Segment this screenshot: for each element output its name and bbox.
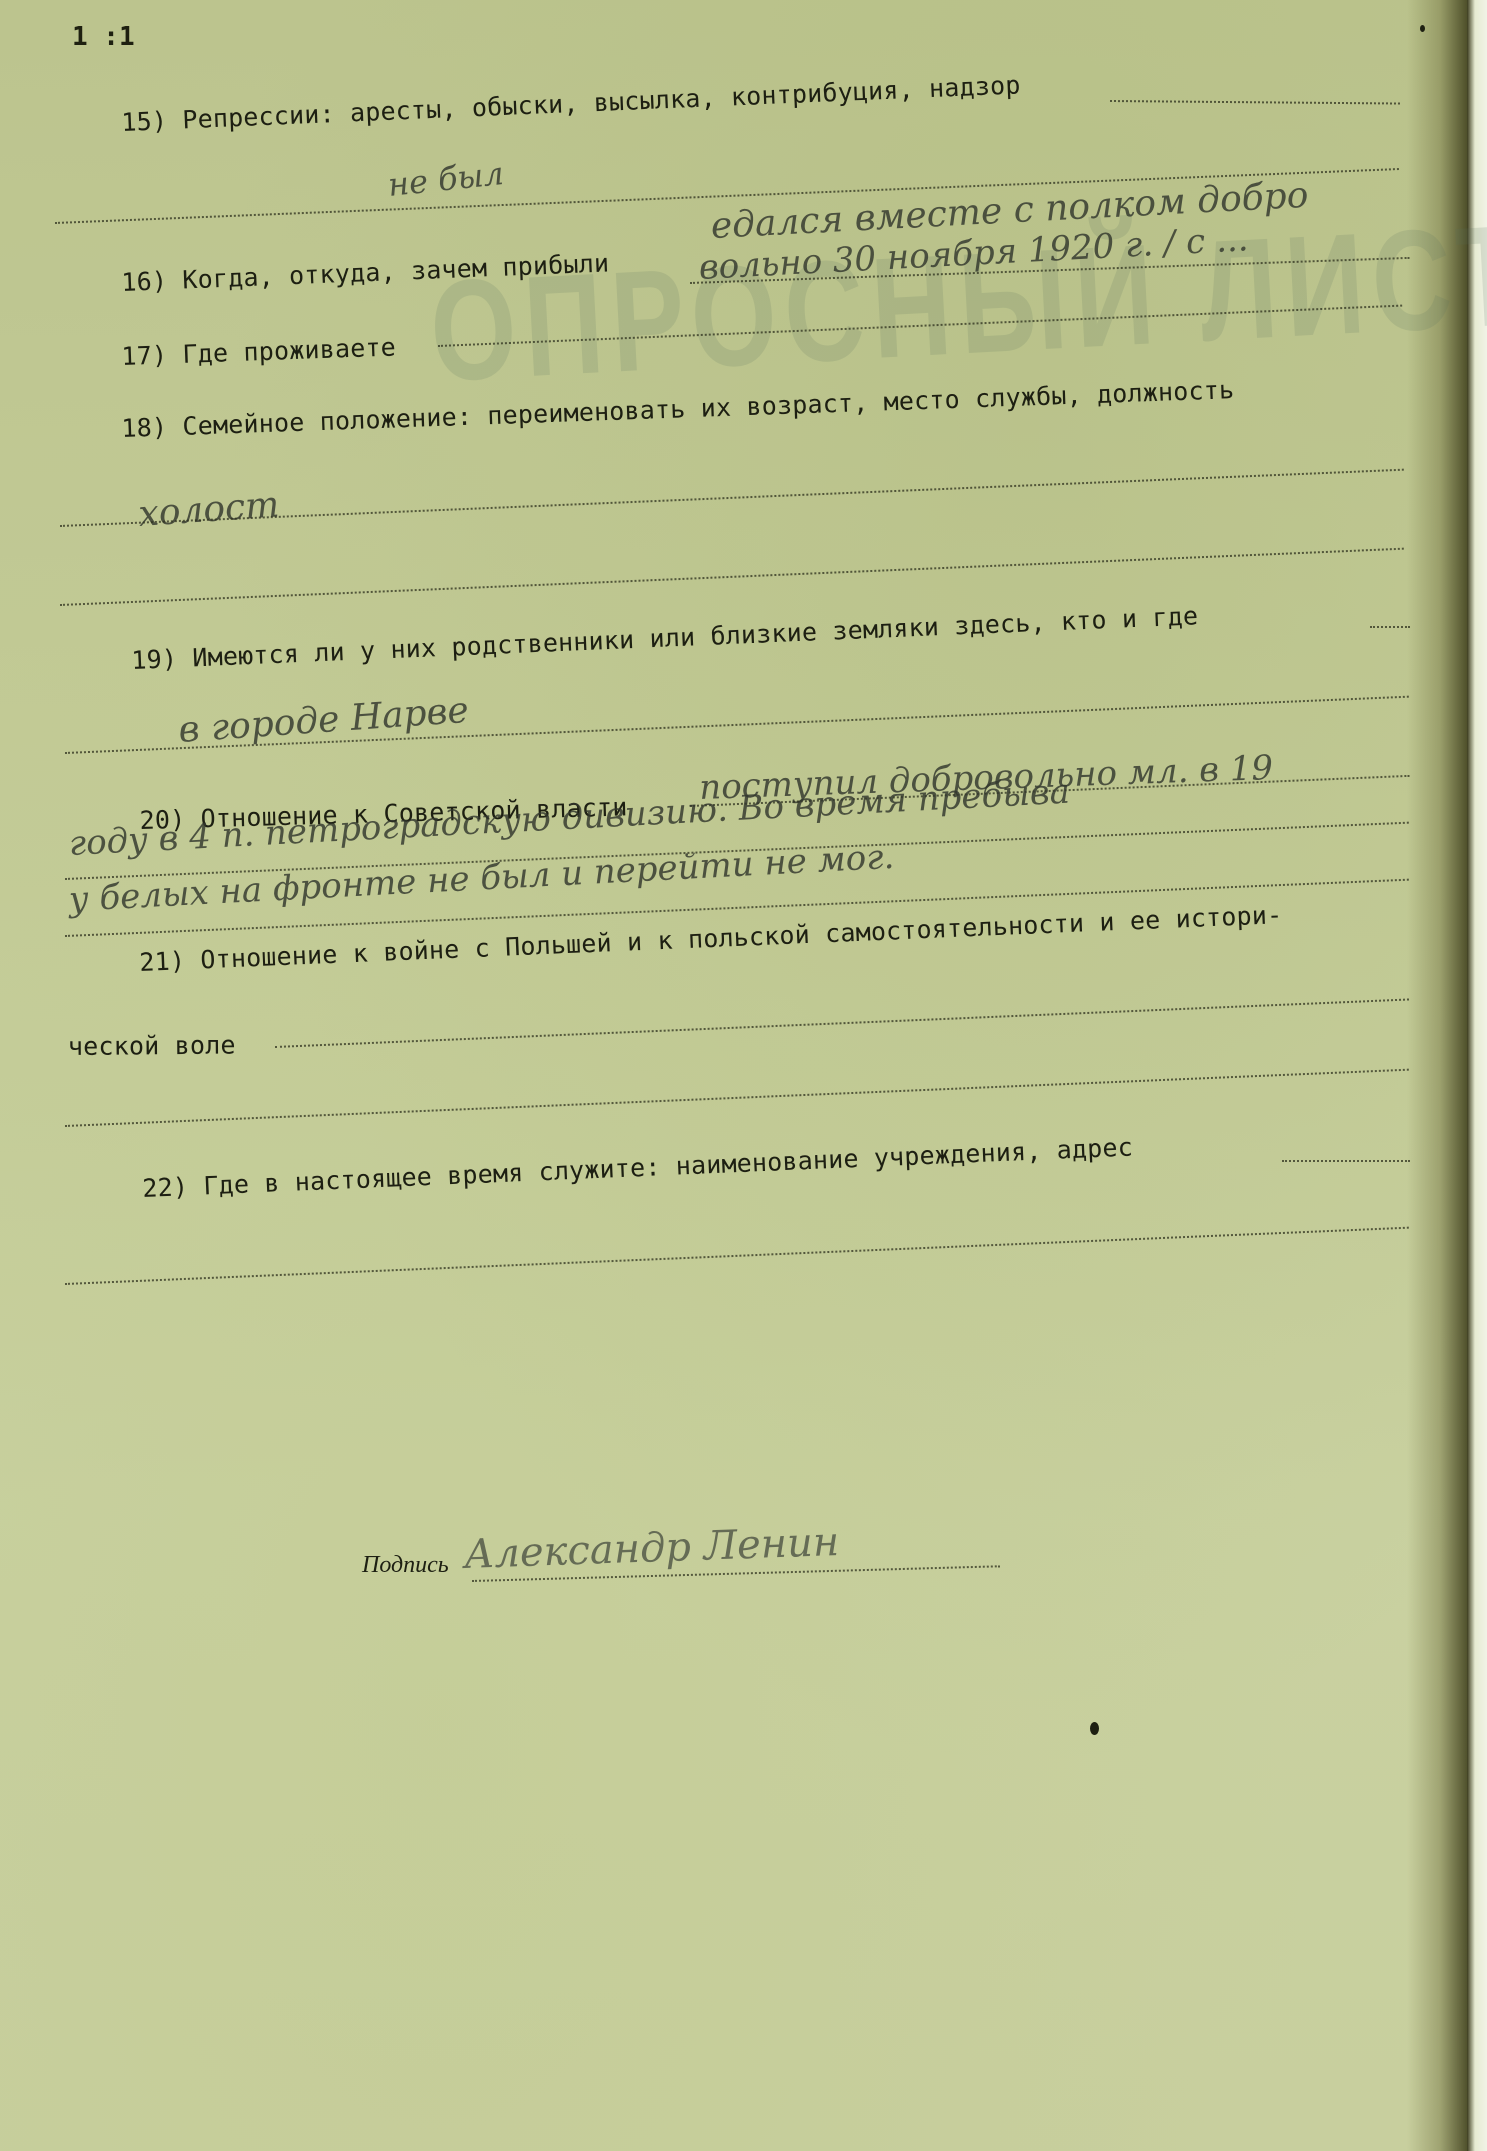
signature-label: Подпись	[362, 1552, 449, 1579]
corner-mark: 1 :1	[72, 22, 135, 52]
ink-speck	[1420, 25, 1425, 32]
item-17-number: 17)	[121, 340, 168, 371]
item-22-number: 22)	[142, 1172, 189, 1203]
item-15-number: 15)	[121, 106, 168, 137]
item-21-label-cont: ческой воле	[68, 1031, 236, 1061]
ink-speck	[1090, 1722, 1099, 1735]
item-18-number: 18)	[121, 412, 168, 443]
item-22-answer-line	[1282, 1160, 1410, 1162]
item-21-number: 21)	[139, 946, 186, 977]
item-16-number: 16)	[121, 266, 168, 297]
item-19-answer-line	[1370, 626, 1410, 628]
item-19-number: 19)	[131, 644, 178, 675]
